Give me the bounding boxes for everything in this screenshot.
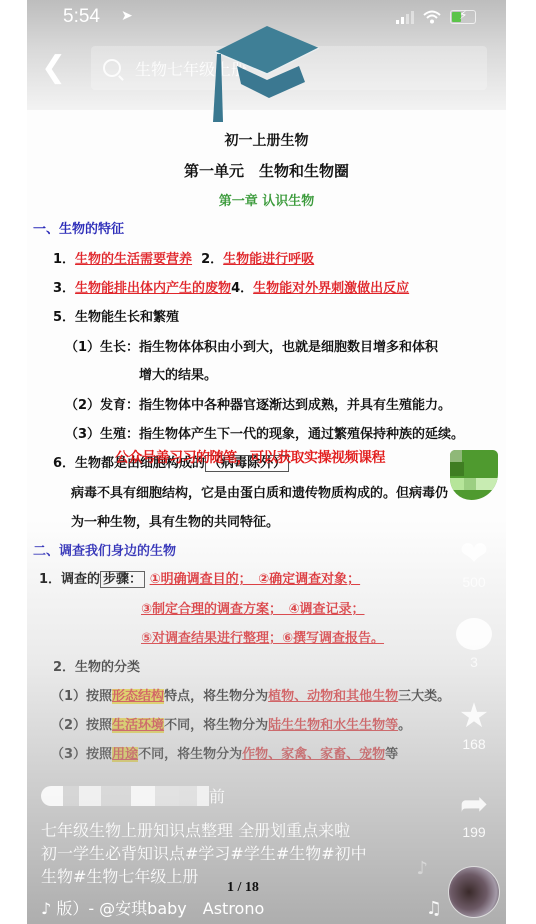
author-time-pixelated: 前 [41,784,225,807]
survey-steps-line-2: ③制定合理的调查方案； ④调查记录； [141,598,365,617]
comment-bubble-icon [454,614,494,654]
cellular-signal-icon [396,10,414,24]
status-time: 5:54 [63,6,100,28]
music-note-icon: ♫ [426,898,442,919]
doc-chapter: 第一章 认识生物 [27,190,506,209]
classification-line-2: （2）按照生活环境不同，将生物分为陆生生物和水生生物等。 [51,714,411,733]
reproduction-line: （3）生殖：指生物体产生下一代的现象，通过繁殖保持种族的延续。 [65,423,464,442]
development-line: （2）发育：指生物体中各种器官逐渐达到成熟，并具有生殖能力。 [65,394,451,413]
search-icon [103,59,121,77]
like-button[interactable]: ❤ 500 [450,534,498,590]
growth-line-cont: 增大的结果。 [139,364,217,383]
classification-line-3: （3）按照用途不同，将生物分为作物、家禽、家畜、宠物等 [51,743,398,762]
comment-count: 3 [450,654,498,670]
growth-line: （1）生长：指生物体体积由小到大，也就是细胞数目增多和体积 [65,336,438,355]
tiktok-note-icon: ♪ [41,899,51,918]
caption-line-3[interactable]: 生物#生物七年级上册 [41,864,198,887]
phone-screen: 5:54 ➤ ⚡ ❮ 生物七年级上册 初一上册生物 第一单元 [27,0,506,924]
creator-avatar[interactable] [448,866,500,918]
chevron-left-icon[interactable]: ❮ [41,52,71,84]
feature-line-2: 3．生物能排出体内产生的废物4．生物能对外界刺激做出反应 [53,277,409,296]
comment-button[interactable]: 3 [450,614,498,670]
virus-line-2: 为一种生物，具有生物的共同特征。 [71,511,279,530]
pixelated-sticker [450,450,498,500]
location-arrow-icon: ➤ [121,8,133,24]
survey-steps-line-3: ⑤对调查结果进行整理；⑥撰写调查报告。 [141,627,384,646]
classification-line-1: （1）按照形态结构特点，将生物分为植物、动物和其他生物三大类。 [51,685,450,704]
graduation-cap-icon [207,22,327,122]
floating-note-icon: ♪ [417,858,429,879]
favorite-button[interactable]: ★ 168 [450,696,498,752]
caption-line-1: 七年级生物上册知识点整理 全册划重点来啦 [41,818,350,841]
battery-charging-icon: ⚡ [450,10,476,24]
feature-line-1: 1．生物的生活需要营养 2．生物能进行呼吸 [53,248,314,267]
feature-line-5: 5．生物能生长和繁殖 [53,306,179,325]
watermark-text: 公众号善习习的随笔，可以获取实操视频课程 [115,447,385,467]
caption-line-2[interactable]: 初一学生必背知识点#学习#学生#生物#初中 [41,841,367,864]
music-text: 版）- @安琪baby Astrono [56,899,264,918]
share-arrow-icon: ➦ [454,784,494,824]
doc-unit: 第一单元 生物和生物圈 [27,160,506,181]
section-heading-2: 二、调查我们身边的生物 [33,540,176,559]
like-count: 500 [450,574,498,590]
favorite-count: 168 [450,736,498,752]
page-indicator: 1 / 18 [227,880,259,896]
heart-icon: ❤ [454,534,494,574]
section-heading-1: 一、生物的特征 [33,218,124,237]
share-button[interactable]: ➦ 199 [450,784,498,840]
wifi-icon [423,10,441,24]
music-row[interactable]: ♪ 版）- @安琪baby Astrono [41,896,264,919]
time-suffix: 前 [209,784,225,807]
share-count: 199 [450,824,498,840]
doc-title: 初一上册生物 [27,130,506,150]
virus-line-1: 病毒不具有细胞结构，它是由蛋白质和遗传物质构成的。但病毒仍 [71,482,448,501]
survey-steps-line-1: 1．调查的步骤： ①明确调查目的； ②确定调查对象； [39,568,360,587]
star-icon: ★ [454,696,494,736]
classification-heading: 2．生物的分类 [53,656,140,675]
